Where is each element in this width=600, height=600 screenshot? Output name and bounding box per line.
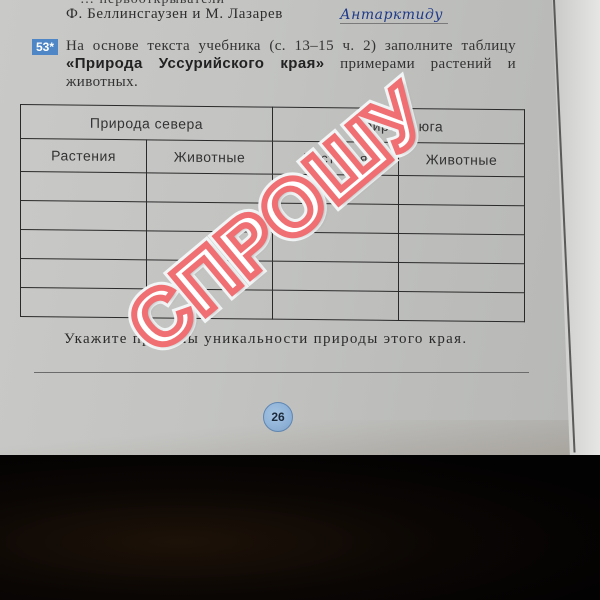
handwritten-answer: Антарктиду xyxy=(340,7,443,23)
table-cell[interactable] xyxy=(21,259,147,289)
question-answer-line[interactable] xyxy=(34,372,529,373)
answer-underline xyxy=(340,23,448,24)
table-cell[interactable] xyxy=(21,230,147,260)
page-shadow xyxy=(0,420,600,455)
table-cell[interactable] xyxy=(399,291,525,321)
group-header-north: Природа севера xyxy=(21,105,273,142)
table-cell[interactable] xyxy=(399,175,525,205)
column-header-north-animals: Животные xyxy=(147,140,273,174)
task-table-title: «Природа Уссурийского края» xyxy=(66,55,324,72)
question-text: Укажите причины уникальности природы это… xyxy=(64,331,467,348)
table-cell[interactable] xyxy=(21,172,147,202)
answer-line-text: Ф. Беллинсгаузен и М. Лазарев xyxy=(66,6,283,23)
table-cell[interactable] xyxy=(21,201,147,231)
table-row xyxy=(21,288,525,322)
table-cell[interactable] xyxy=(273,290,399,320)
task-text: На основе текста учебника (с. 13–15 ч. 2… xyxy=(66,37,516,91)
task-number-badge: 53* xyxy=(32,39,58,55)
column-header-north-plants: Растения xyxy=(21,139,147,173)
table-cell[interactable] xyxy=(399,233,525,263)
dark-background xyxy=(0,455,600,600)
task-text-before: На основе текста учебника (с. 13–15 ч. 2… xyxy=(66,38,516,54)
table-cell[interactable] xyxy=(399,262,525,292)
table-cell[interactable] xyxy=(399,204,525,234)
